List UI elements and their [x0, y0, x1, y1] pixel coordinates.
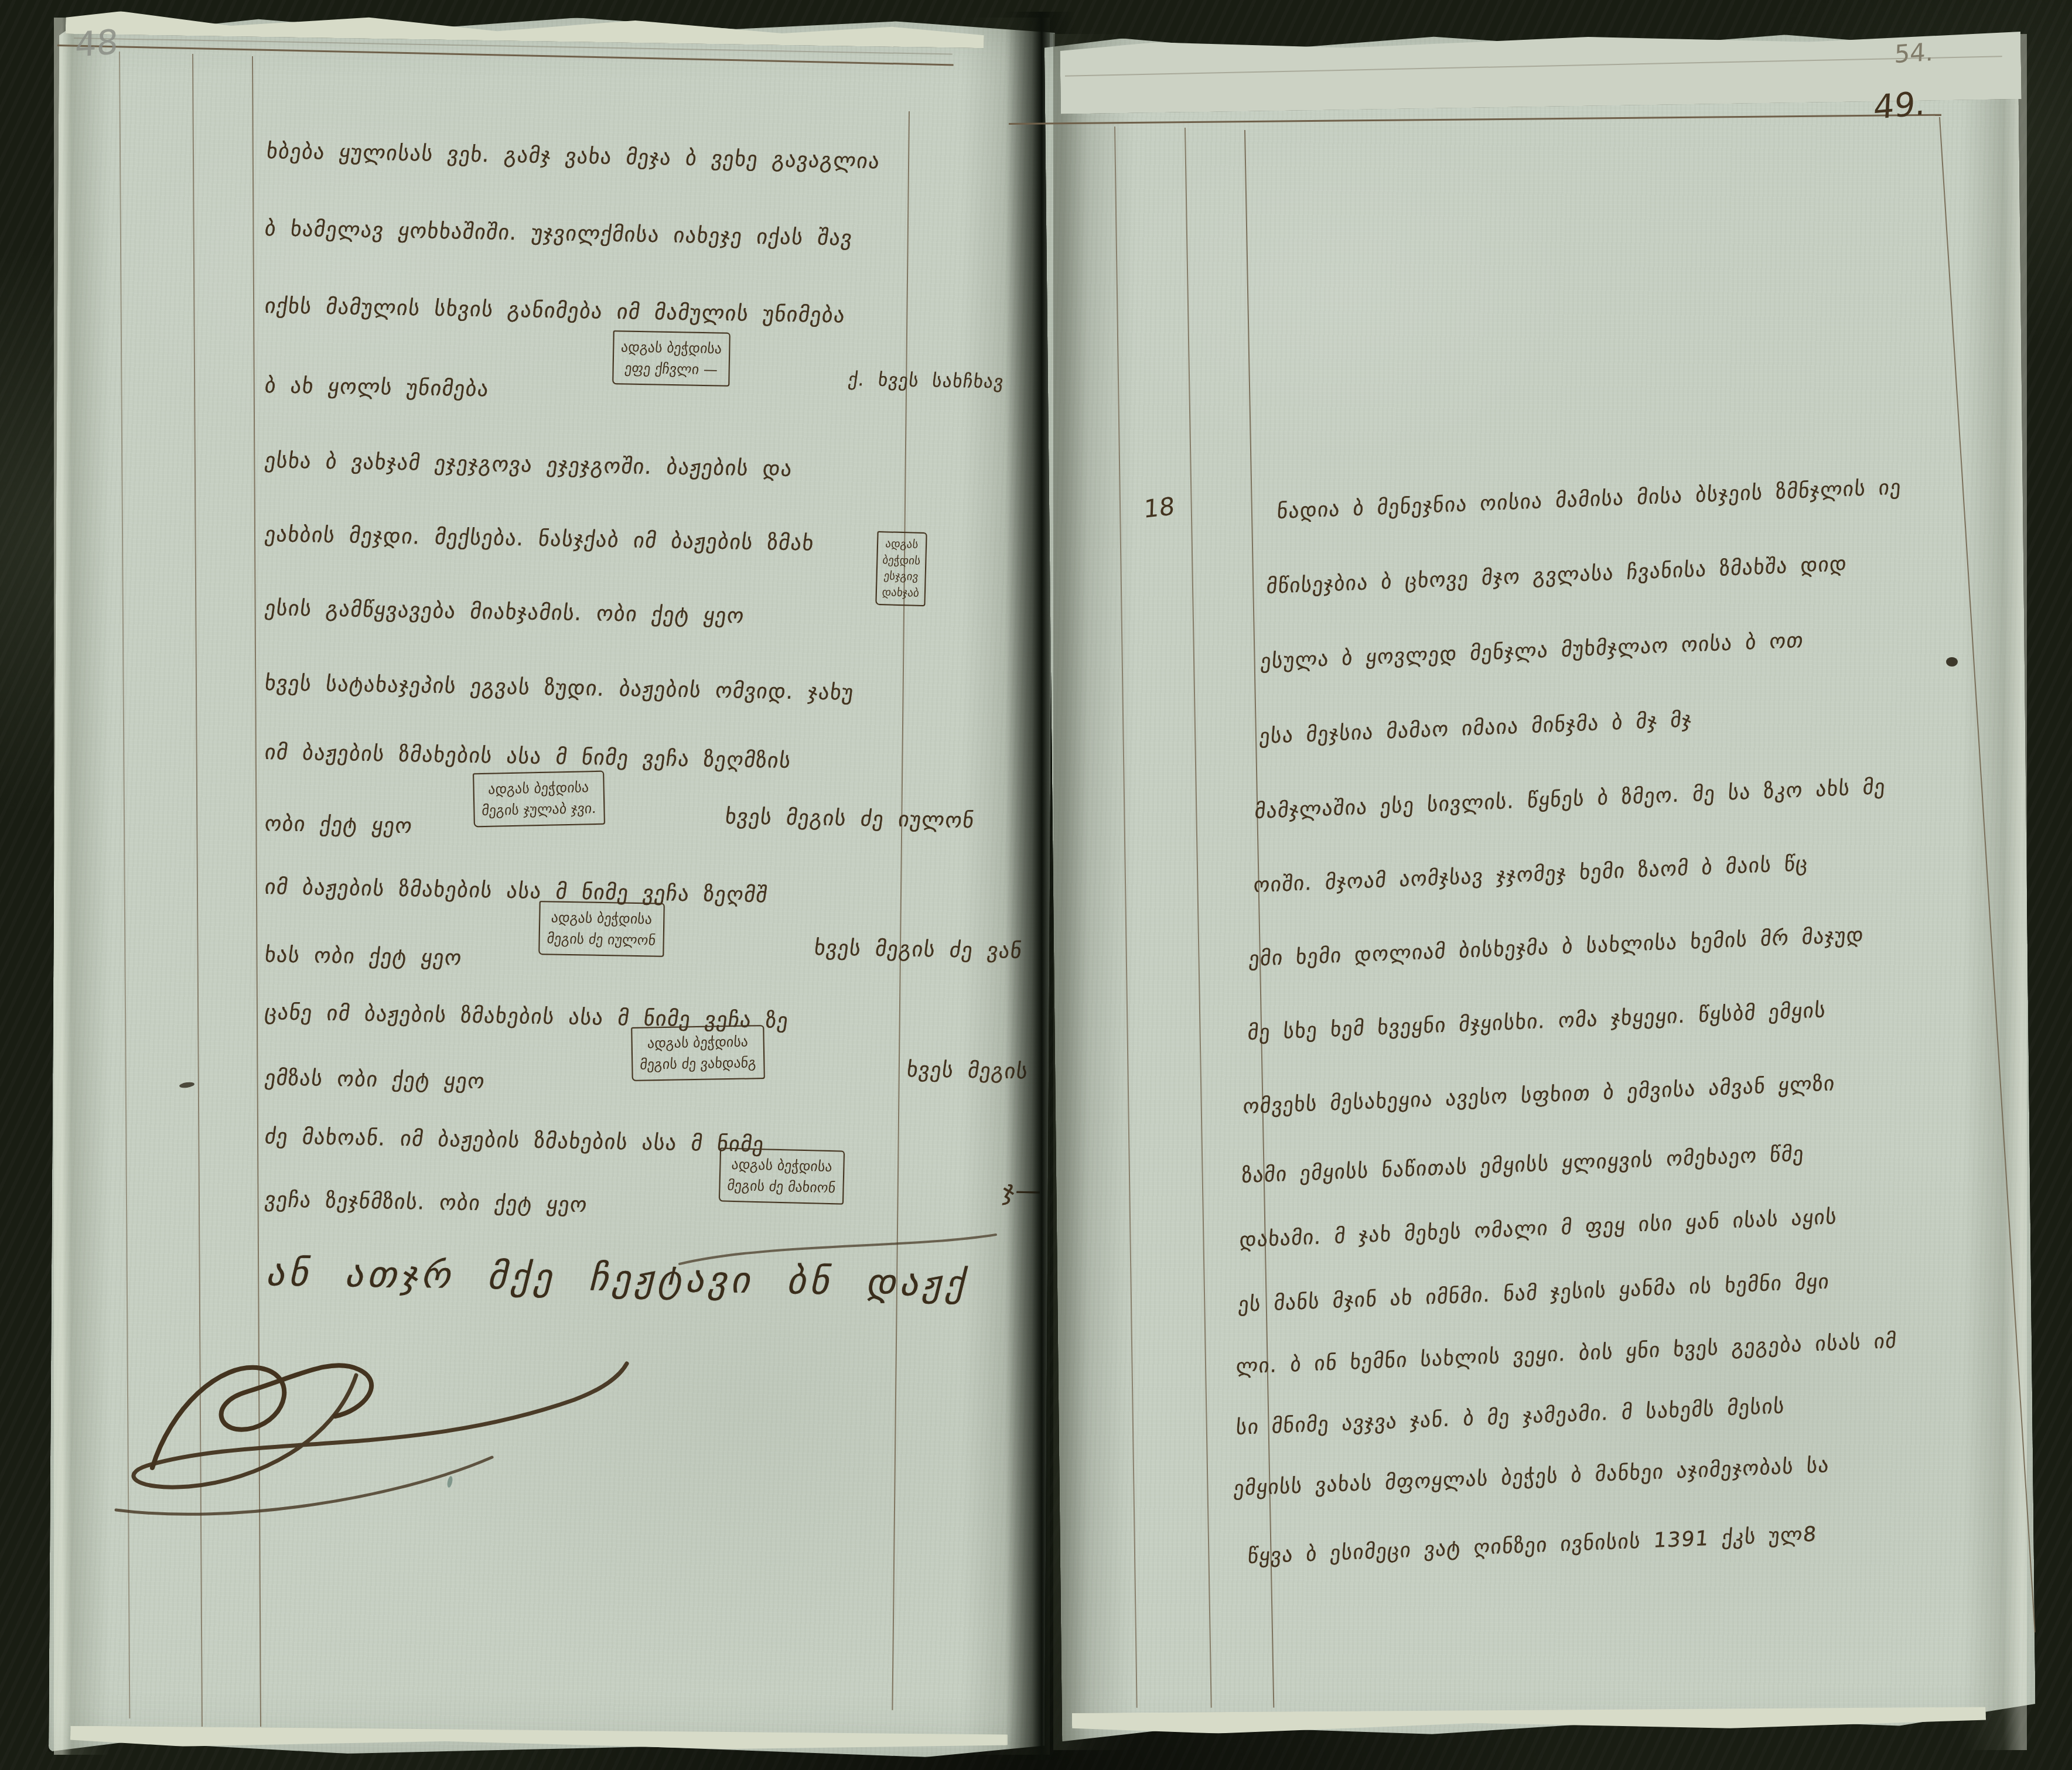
seal-annotation-line: ეფე ქჩვლი — — [619, 358, 722, 381]
seal-annotation-box: ადგას ბეჭდისა მეგის ძე ვახდანგ — [631, 1025, 765, 1081]
photo-backdrop: 48 ხბება ყულისას ვეხ. გამჯ ვახა მეჯა ბ ვ… — [0, 0, 2072, 1770]
manuscript-line-segment-before: ვეჩა ზეჯნმზის. ობი ქეტ ყეო — [263, 1189, 589, 1217]
seal-annotation-line: მეგის ძე ვახდანგ — [639, 1052, 757, 1075]
seal-annotation-line: დახჯაბ — [880, 585, 920, 602]
seal-annotation-line: ადგას ბეჭდისა — [620, 337, 723, 360]
folio-number-pencil: 48 — [74, 22, 119, 64]
seal-annotation-line: მეგის ჯულაბ ჯვი. — [481, 798, 598, 821]
seal-annotation-box: ადგას ბეჭდისა ეფე ქჩვლი — — [612, 330, 731, 386]
seal-annotation-line: ადგას — [882, 536, 921, 553]
seal-annotation-line: მეგის ძე იულონ — [545, 928, 657, 951]
seal-annotation-line: ბეჭდის — [882, 552, 921, 569]
seal-annotation-line: ესჯგივ — [881, 568, 921, 585]
ink-blot — [1946, 657, 1958, 667]
manuscript-line-segment-after: ხვეს მეგის ძე იულონ — [723, 806, 976, 832]
folio-number-ink: 49. — [1872, 84, 1926, 127]
manuscript-line-segment-after: ხვეს მეგის ძე ვან — [813, 937, 1023, 963]
manuscript-line-segment-after: ხვეს მეგის — [905, 1059, 1029, 1083]
seal-annotation-line: ადგას ბეჭდისა — [480, 777, 597, 800]
manuscript-line-segment-before: ბ ახ ყოლს უნიმება — [263, 375, 490, 401]
crease-line-right-top — [1065, 56, 2002, 77]
manuscript-line-segment-before: ხას ობი ქეტ ყეო — [263, 944, 463, 969]
seal-annotation-box: ადგას ბეჭდისა მეგის ძე იულონ — [538, 901, 664, 957]
entry-number: 18 — [1143, 491, 1175, 524]
seal-annotation-line: ადგას ბეჭდისა — [726, 1154, 837, 1177]
seal-annotation-box: ადგას ბეჭდისა მეგის ძე მახიონ — [719, 1147, 845, 1204]
manuscript-line-segment-before: ობი ქეტ ყეო — [263, 813, 414, 838]
manuscript-line-segment-after: ქ. ხვეს სახჩხავ — [847, 370, 1006, 392]
seal-annotation-box: ადგას ბეჭდის ესჯგივ დახჯაბ — [875, 531, 927, 606]
signature-flourish — [82, 1321, 662, 1532]
ghost-folio-number-undersheet: 54. — [1894, 37, 1934, 69]
right-page — [1044, 29, 2036, 1755]
manuscript-line-segment-after: ჯ— — [1001, 1177, 1044, 1205]
seal-annotation-line: ადგას ბეჭდისა — [639, 1031, 757, 1054]
seal-annotation-line: ადგას ბეჭდისა — [546, 907, 657, 930]
seal-annotation-line: მეგის ძე მახიონ — [726, 1175, 837, 1198]
manuscript-line-segment-before: ემზას ობი ქეტ ყეო — [263, 1067, 486, 1093]
seal-annotation-box: ადგას ბეჭდისა მეგის ჯულაბ ჯვი. — [473, 771, 605, 828]
